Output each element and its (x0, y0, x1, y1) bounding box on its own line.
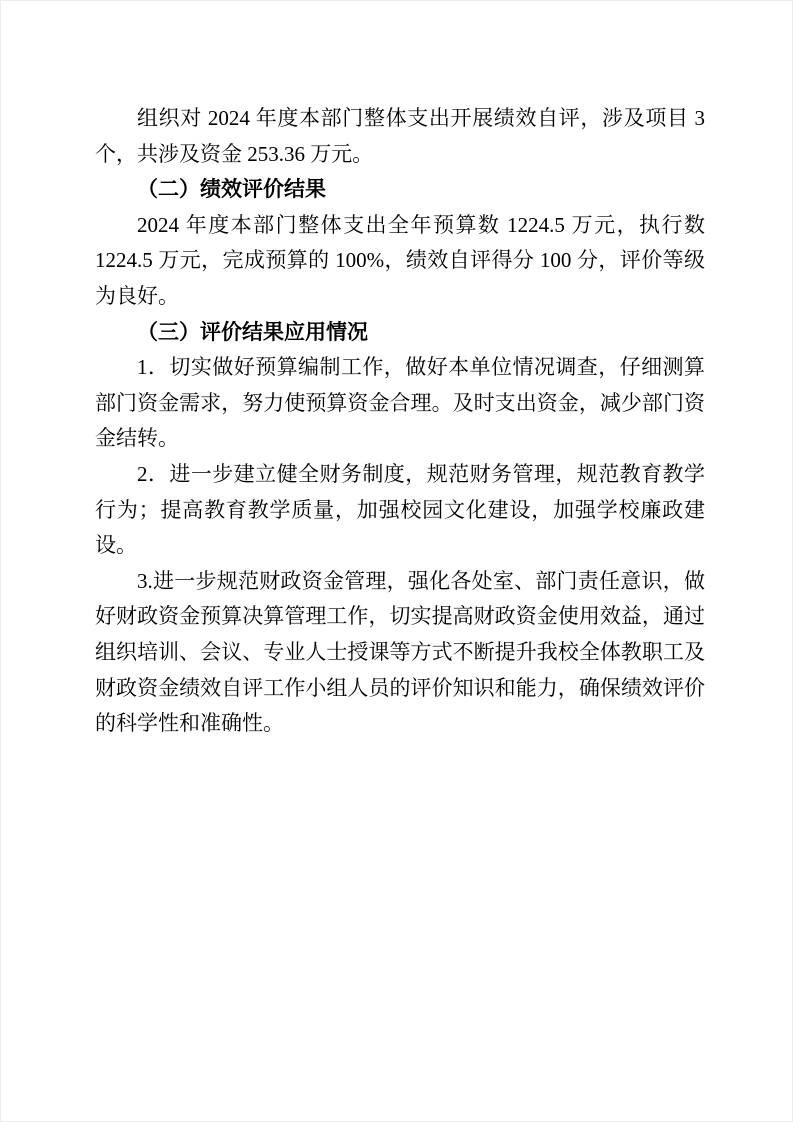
evaluation-results-paragraph: 2024 年度本部门整体支出全年预算数 1224.5 万元，执行数 1224.5… (95, 208, 705, 315)
section-heading-performance-evaluation-results: （二）绩效评价结果 (95, 172, 705, 208)
section-heading-results-application: （三）评价结果应用情况 (95, 315, 705, 351)
list-item-2: 2．进一步建立健全财务制度，规范财务管理，规范教育教学行为；提高教育教学质量，加… (95, 457, 705, 564)
intro-paragraph: 组织对 2024 年度本部门整体支出开展绩效自评，涉及项目 3 个，共涉及资金 … (95, 101, 705, 172)
list-item-3: 3.进一步规范财政资金管理，强化各处室、部门责任意识，做好财政资金预算决算管理工… (95, 564, 705, 742)
document-body: 组织对 2024 年度本部门整体支出开展绩效自评，涉及项目 3 个，共涉及资金 … (95, 101, 705, 742)
list-item-1: 1．切实做好预算编制工作，做好本单位情况调查，仔细测算部门资金需求，努力使预算资… (95, 350, 705, 457)
document-page: 组织对 2024 年度本部门整体支出开展绩效自评，涉及项目 3 个，共涉及资金 … (0, 0, 793, 1122)
